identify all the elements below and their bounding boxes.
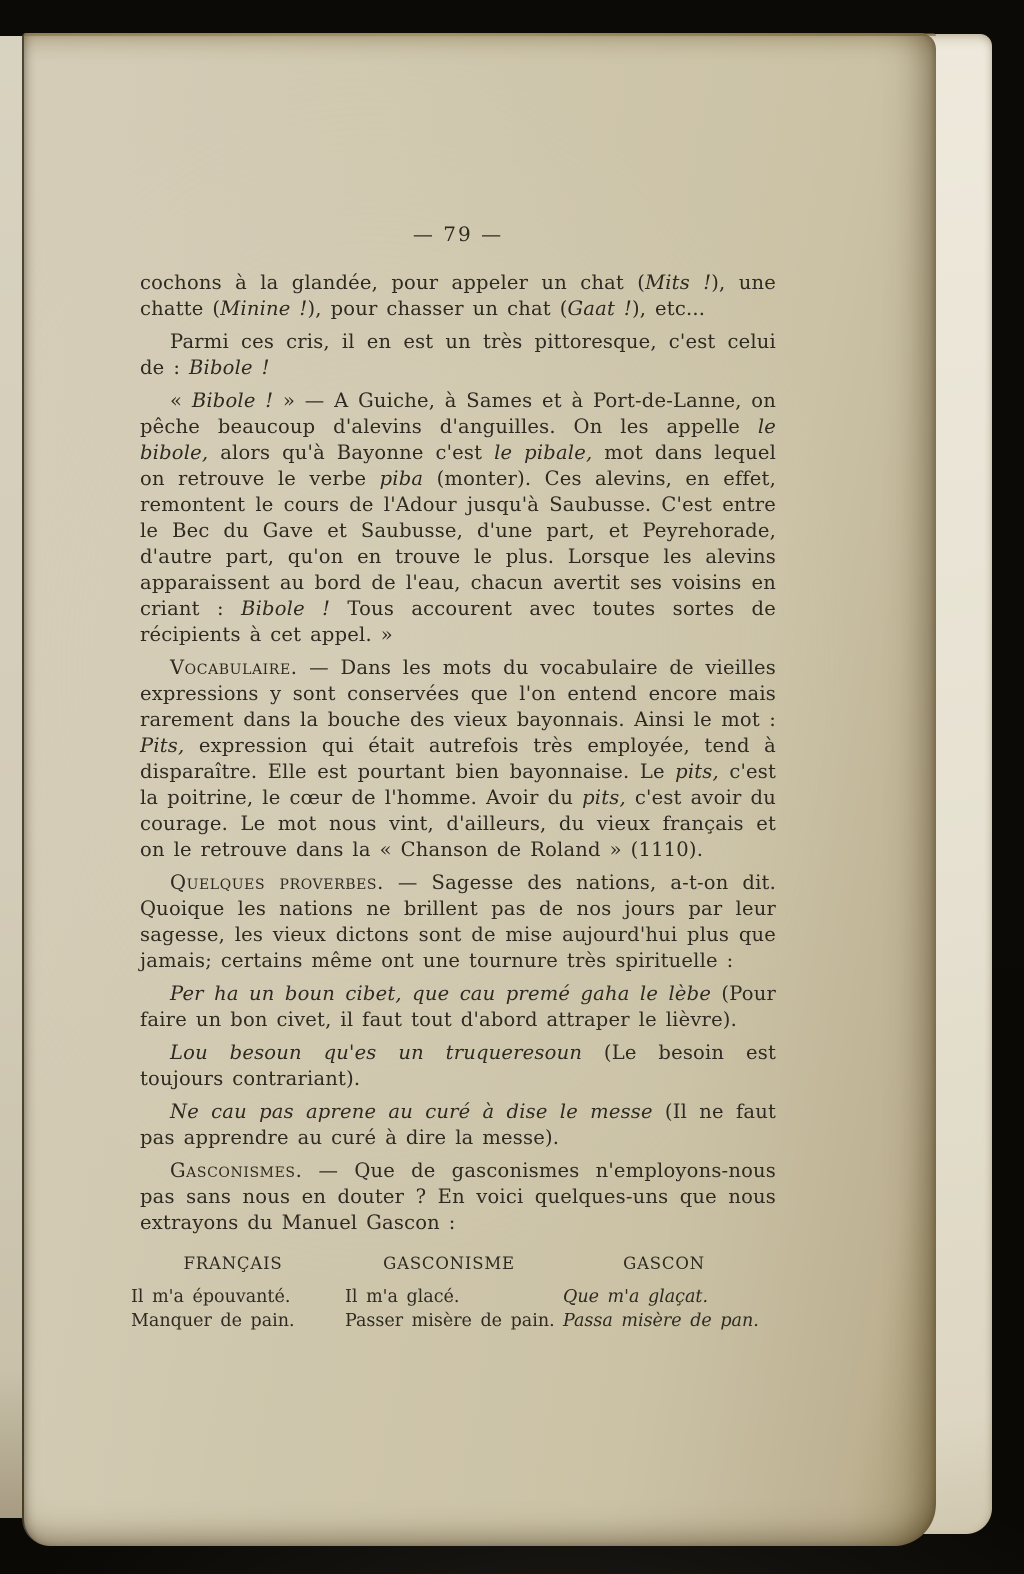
table-cell-gascon: Que m'a glaçat. xyxy=(558,1285,770,1309)
paragraph: Per ha un boun cibet, que cau premé gaha… xyxy=(140,981,776,1033)
table-cell-gasconisme: Il m'a glacé. xyxy=(340,1285,558,1309)
table-header-gasconisme: GASCONISME xyxy=(340,1252,558,1285)
paragraph: Quelques proverbes. — Sagesse des nation… xyxy=(140,870,776,974)
book-page: — 79 — cochons à la glandée, pour appele… xyxy=(22,33,936,1546)
paragraph: « Bibole ! » — A Guiche, à Sames et à Po… xyxy=(140,388,776,648)
paragraph: Lou besoun qu'es un truqueresoun (Le bes… xyxy=(140,1040,776,1092)
table-cell-francais: Il m'a épouvanté. xyxy=(126,1285,340,1309)
table-header-gascon: GASCON xyxy=(558,1252,770,1285)
paragraphs: cochons à la glandée, pour appeler un ch… xyxy=(140,270,776,1236)
facing-page-edge xyxy=(0,36,22,1518)
table-cell-francais: Manquer de pain. xyxy=(126,1309,340,1333)
table-cell-gasconisme: Passer misère de pain. xyxy=(340,1309,558,1333)
gasconismes-table: FRANÇAIS GASCONISME GASCON Il m'a épouva… xyxy=(126,1252,786,1333)
table-header-francais: FRANÇAIS xyxy=(126,1252,340,1285)
paragraph: Vocabulaire. — Dans les mots du vocabula… xyxy=(140,655,776,863)
page-number: — 79 — xyxy=(140,222,776,246)
table-cell-gascon: Passa misère de pan. xyxy=(558,1309,770,1333)
paragraph: Ne cau pas aprene au curé à dise le mess… xyxy=(140,1099,776,1151)
page-content: — 79 — cochons à la glandée, pour appele… xyxy=(140,222,776,1333)
paragraph: Parmi ces cris, il en est un très pittor… xyxy=(140,329,776,381)
book-scan: — 79 — cochons à la glandée, pour appele… xyxy=(0,0,1024,1574)
paragraph: cochons à la glandée, pour appeler un ch… xyxy=(140,270,776,322)
paragraph: Gasconismes. — Que de gasconismes n'empl… xyxy=(140,1158,776,1236)
